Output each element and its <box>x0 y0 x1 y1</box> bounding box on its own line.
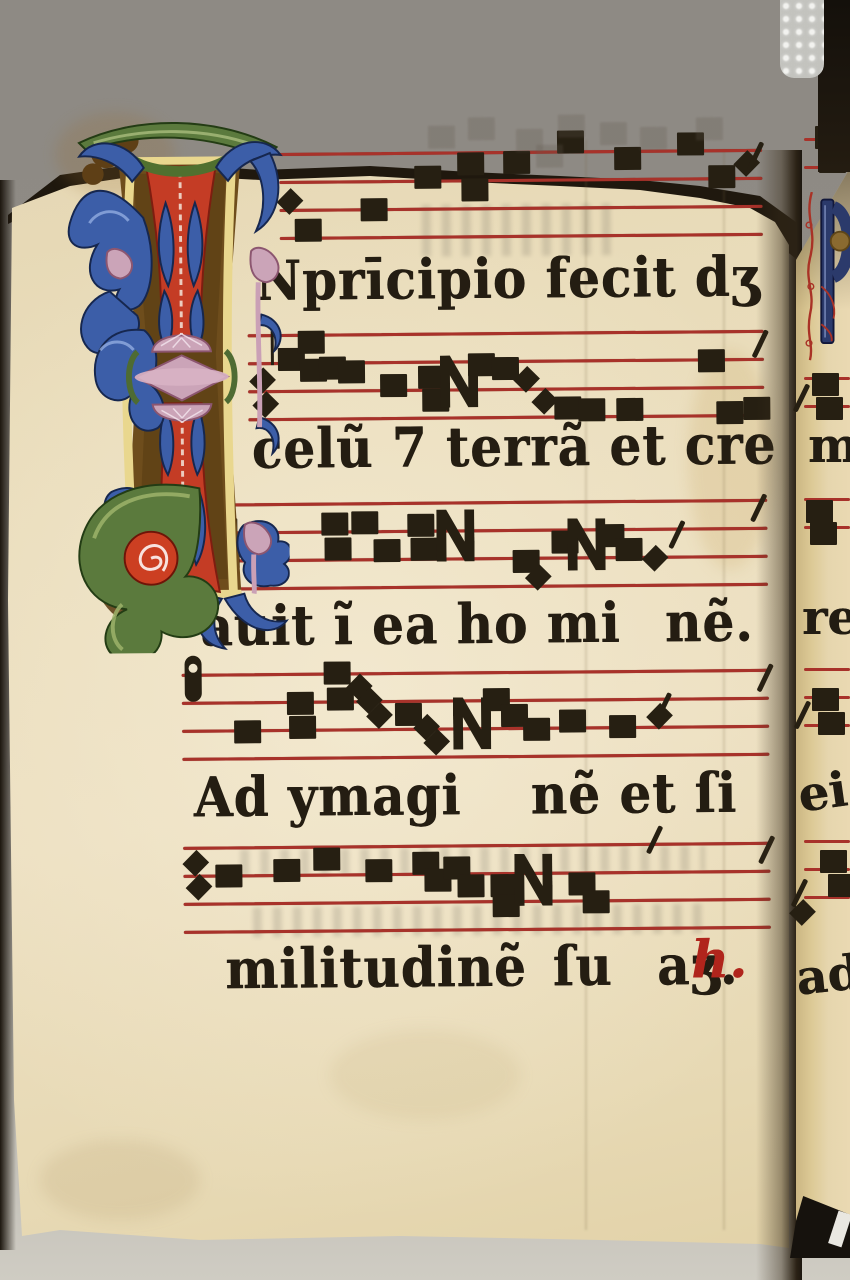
neume-sq <box>234 720 261 743</box>
neume-sq <box>324 537 351 560</box>
right-page-text-fragment: ei ſ <box>795 756 850 823</box>
manuscript-photo: Nprīcipio fecit dʒ celũ 7 terrã et cre a… <box>0 0 850 1280</box>
neume-sq <box>298 331 325 354</box>
bleed-through-neume <box>536 145 563 168</box>
neume-sq <box>615 538 642 561</box>
right-page-staff-stub <box>804 840 850 843</box>
bleed-through-neume <box>640 127 667 150</box>
neume-sq <box>503 151 530 174</box>
right-neume-sq <box>828 874 850 897</box>
bubble-wrap <box>780 0 824 78</box>
right-neume-sq <box>812 688 839 711</box>
neume-sq <box>614 147 641 170</box>
bleed-through-neume <box>696 117 723 140</box>
bleed-through-neume <box>468 117 495 140</box>
neume-sq <box>698 349 725 372</box>
right-neume-sq <box>812 373 839 396</box>
chant-text-line: Ad ymagi nẽ et ſi <box>193 760 737 830</box>
neume-clef <box>184 656 201 702</box>
chant-text-line: militudinẽ ſu aʒ. <box>225 932 738 1001</box>
bleed-through-neume <box>600 122 627 145</box>
page-content: Nprīcipio fecit dʒ celũ 7 terrã et cre a… <box>0 0 850 1280</box>
neume-sq <box>609 715 636 738</box>
staff-line <box>182 669 769 677</box>
neume-sq <box>461 178 488 201</box>
neume-sq <box>407 514 434 537</box>
neume-sq <box>360 198 387 221</box>
bleed-through-neume <box>428 126 455 149</box>
neume-obl <box>436 509 474 561</box>
neume-sq <box>321 512 348 535</box>
staff-line <box>248 330 764 338</box>
right-neume-sq <box>816 397 843 420</box>
neume-sq <box>583 890 610 913</box>
neume-sq <box>324 661 351 684</box>
right-neume-sq <box>820 850 847 873</box>
neume-diam <box>186 874 213 901</box>
chant-text-line: Nprīcipio fecit dʒ <box>255 244 760 313</box>
neume-sq <box>457 152 484 175</box>
right-neume-sq <box>810 522 837 545</box>
right-page-staff-stub <box>804 668 850 671</box>
neume-sq <box>338 360 365 383</box>
neume-sq <box>708 165 735 188</box>
neume-diam <box>182 850 209 877</box>
rubric-mark: h. <box>691 929 747 990</box>
neume-sq <box>380 374 407 397</box>
neume-sq <box>289 716 316 739</box>
neume-sq <box>215 864 242 887</box>
right-page-text-fragment: ady <box>793 941 850 1006</box>
bleed-through-neume <box>558 114 585 137</box>
staff-line <box>248 386 764 394</box>
right-page-text-fragment: rec <box>802 590 850 646</box>
neume-sq <box>410 538 437 561</box>
neume-sq <box>523 718 550 741</box>
chant-notation <box>0 0 845 4</box>
right-page-text-fragment: mi <box>808 418 850 474</box>
neume-sq <box>351 511 378 534</box>
staff-line <box>182 697 769 705</box>
neume-sq <box>559 709 586 732</box>
neume-sq <box>457 874 484 897</box>
staff-line <box>279 177 762 184</box>
book-gutter-shadow <box>756 150 802 1280</box>
right-neume-sq <box>818 712 845 735</box>
neume-sq <box>273 859 300 882</box>
neume-diam <box>642 545 669 572</box>
illuminated-initial-i <box>48 104 291 654</box>
neume-tick <box>668 520 685 549</box>
neume-sq <box>287 692 314 715</box>
neume-sq <box>373 539 400 562</box>
neume-sq <box>295 219 322 242</box>
illuminated-initial-p <box>802 192 850 362</box>
chant-text-line: celũ 7 terrã et cre <box>251 412 776 481</box>
neume-sq <box>313 848 340 871</box>
neume-sq <box>365 859 392 882</box>
right-neume-sq <box>806 500 833 523</box>
neume-sq <box>414 166 441 189</box>
